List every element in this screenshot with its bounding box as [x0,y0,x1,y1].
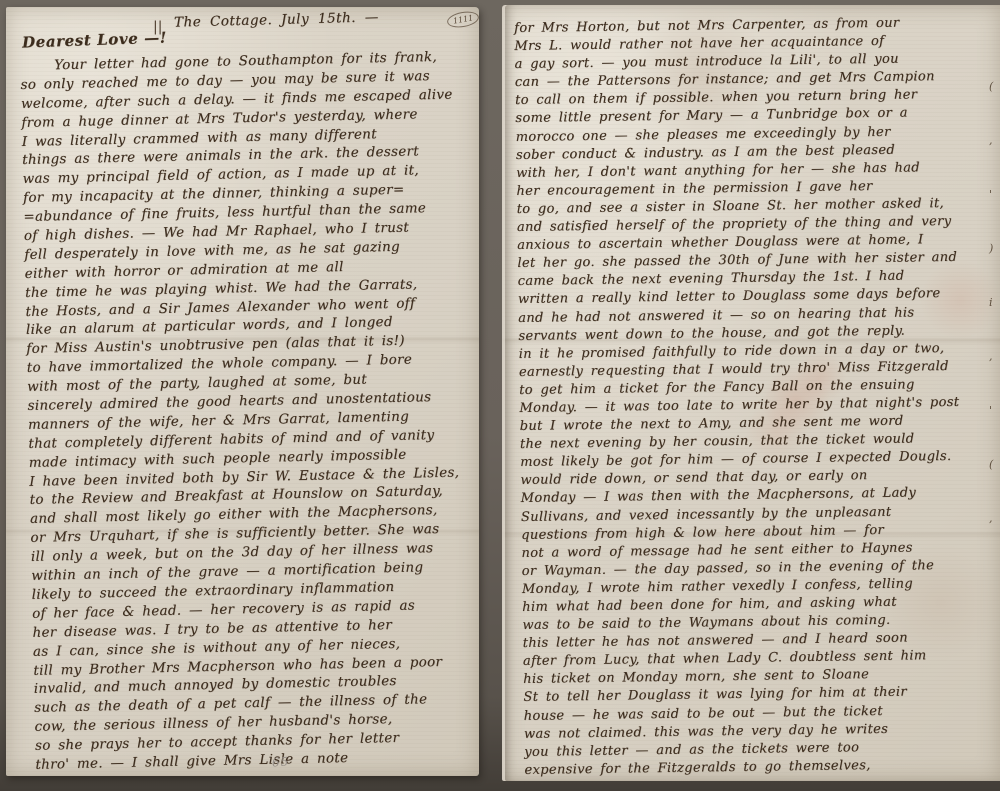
photograph-backdrop: The Cottage. July 15th. — || 1111 Deares… [0,0,1000,791]
letter-page-right: for Mrs Horton, but not Mrs Carpenter, a… [502,5,1000,781]
letter-dateline: The Cottage. July 15th. — [174,9,379,30]
letter-salutation: Dearest Love —! [22,28,167,51]
letter-body-left: Your letter had gone to Southampton for … [20,48,479,776]
cropped-ink-marks: ( , ' ) i , ' ( , [989,60,999,546]
folio-number-pencil: 65 [272,754,290,769]
letter-page-left: The Cottage. July 15th. — || 1111 Deares… [6,7,479,776]
archive-number-stamp: 1111 [446,9,479,29]
letter-body-right: for Mrs Horton, but not Mrs Carpenter, a… [514,13,1000,780]
